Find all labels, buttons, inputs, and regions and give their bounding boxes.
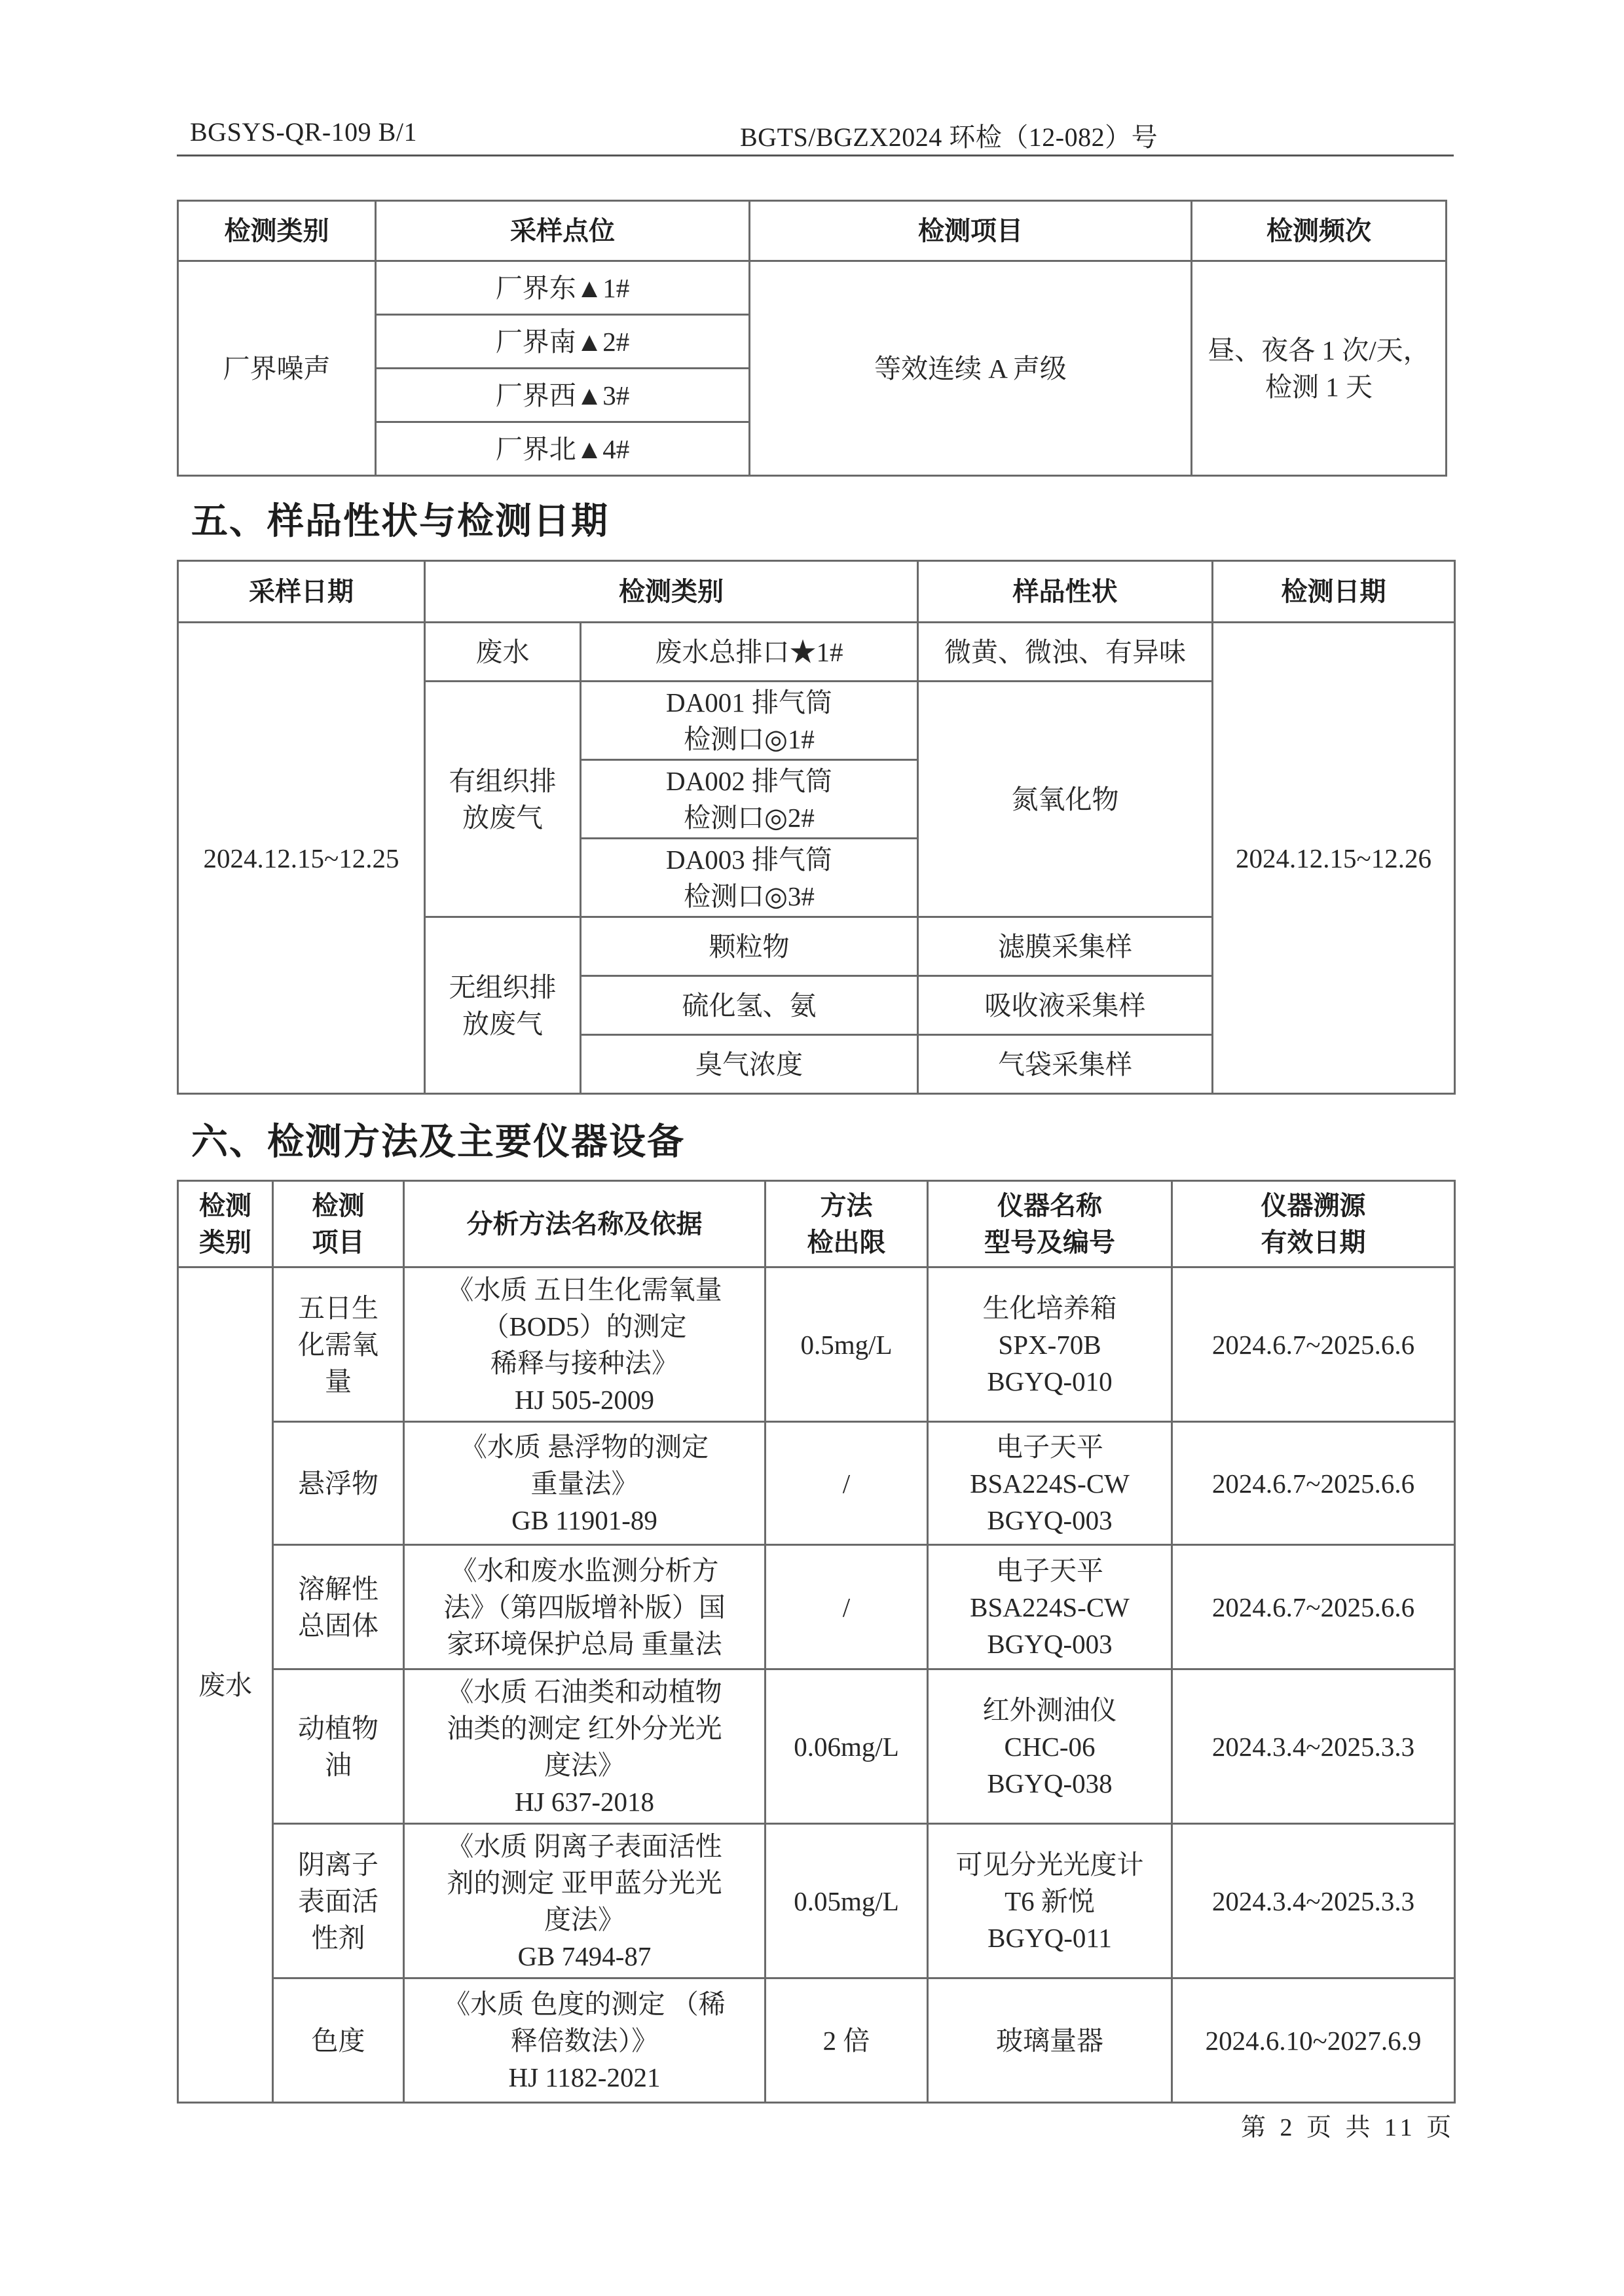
- detection-limit: 0.06mg/L: [766, 1669, 928, 1824]
- text-line: BGYQ-003: [932, 1502, 1167, 1539]
- analysis-method: 《水质 悬浮物的测定 重量法》 GB 11901-89: [404, 1422, 766, 1545]
- column-header: 检测类别: [178, 201, 376, 261]
- text-line: GB 7494-87: [409, 1938, 760, 1975]
- text-line: 红外测油仪: [932, 1692, 1167, 1728]
- section-title-methods: 六、检测方法及主要仪器设备: [191, 1113, 685, 1165]
- text-line: 五日生: [278, 1290, 399, 1326]
- instrument: 电子天平 BSA224S-CW BGYQ-003: [928, 1422, 1172, 1545]
- detection-limit: /: [766, 1422, 928, 1545]
- detection-limit: /: [766, 1545, 928, 1669]
- test-date: 2024.12.15~12.26: [1213, 623, 1455, 1094]
- column-header: 检测项目: [750, 201, 1192, 261]
- instrument: 生化培养箱 SPX-70B BGYQ-010: [928, 1267, 1172, 1422]
- category-line: 放废气: [430, 1006, 576, 1042]
- header-line: 型号及编号: [932, 1224, 1167, 1261]
- table-row: 色度 《水质 色度的测定 （稀 释倍数法）》 HJ 1182-2021 2 倍 …: [178, 1978, 1455, 2103]
- sampling-point: DA001 排气筒 检测口◎1#: [581, 682, 918, 760]
- test-item: 颗粒物: [581, 917, 918, 976]
- text-line: 法》（第四版增补版）国: [409, 1589, 760, 1626]
- detection-limit: 0.5mg/L: [766, 1267, 928, 1422]
- text-line: 《水质 阴离子表面活性: [409, 1828, 760, 1865]
- sampling-point: DA003 排气筒 检测口◎3#: [581, 839, 918, 917]
- frequency-line: 检测 1 天: [1196, 369, 1441, 405]
- noise-monitoring-table: 检测类别 采样点位 检测项目 检测频次 厂界噪声 厂界东▲1# 等效连续 A 声…: [177, 200, 1447, 477]
- column-header-limit: 方法 检出限: [766, 1181, 928, 1267]
- text-line: 《水质 色度的测定 （稀: [409, 1986, 760, 2022]
- text-line: BGYQ-003: [932, 1626, 1167, 1662]
- text-line: 《水和废水监测分析方: [409, 1552, 760, 1589]
- text-line: 重量法》: [409, 1465, 760, 1502]
- section-title-sample-status: 五、样品性状与检测日期: [191, 492, 609, 545]
- text-line: 生化培养箱: [932, 1290, 1167, 1326]
- text-line: SPX-70B: [932, 1326, 1167, 1363]
- text-line: 可见分光光度计: [932, 1846, 1167, 1883]
- text-line: 油: [278, 1747, 399, 1783]
- text-line: 释倍数法）》: [409, 2022, 760, 2059]
- sample-appearance: 吸收液采集样: [918, 976, 1213, 1035]
- page-number: 第 2 页 共 11 页: [1241, 2107, 1455, 2143]
- text-line: 电子天平: [932, 1429, 1167, 1465]
- text-line: 家环境保护总局 重量法: [409, 1626, 760, 1662]
- analysis-method: 《水和废水监测分析方 法》（第四版增补版）国 家环境保护总局 重量法: [404, 1545, 766, 1669]
- text-line: 玻璃量器: [932, 2022, 1167, 2059]
- instrument: 红外测油仪 CHC-06 BGYQ-038: [928, 1669, 1172, 1824]
- text-line: 《水质 五日生化需氧量: [409, 1271, 760, 1308]
- test-item: 臭气浓度: [581, 1035, 918, 1094]
- sampling-point: 厂界东▲1#: [376, 261, 750, 315]
- analysis-method: 《水质 石油类和动植物 油类的测定 红外分光光 度法》 HJ 637-2018: [404, 1669, 766, 1824]
- text-line: 《水质 悬浮物的测定: [409, 1429, 760, 1465]
- instrument: 玻璃量器: [928, 1978, 1172, 2103]
- text-line: 剂的测定 亚甲蓝分光光: [409, 1865, 760, 1901]
- header-rule: [177, 155, 1454, 156]
- form-code: BGSYS-QR-109 B/1: [190, 117, 417, 147]
- table-header-row: 检测 类别 检测 项目 分析方法名称及依据 方法 检出限 仪器名称 型号及编号 …: [178, 1181, 1455, 1267]
- test-item: 悬浮物: [273, 1422, 404, 1545]
- text-line: 总固体: [278, 1607, 399, 1644]
- analysis-method: 《水质 阴离子表面活性 剂的测定 亚甲蓝分光光 度法》 GB 7494-87: [404, 1824, 766, 1978]
- text-line: BSA224S-CW: [932, 1465, 1167, 1502]
- text-line: 悬浮物: [278, 1465, 399, 1502]
- sampling-point: 废水总排口★1#: [581, 623, 918, 682]
- test-item: 色度: [273, 1978, 404, 2103]
- header-line: 项目: [278, 1224, 399, 1261]
- noise-frequency: 昼、夜各 1 次/天， 检测 1 天: [1192, 261, 1447, 476]
- header-line: 检测: [183, 1188, 268, 1224]
- column-header-instrument: 仪器名称 型号及编号: [928, 1181, 1172, 1267]
- noise-category: 厂界噪声: [178, 261, 376, 476]
- text-line: 油类的测定 红外分光光: [409, 1710, 760, 1747]
- table-row: 2024.12.15~12.25 废水 废水总排口★1# 微黄、微浊、有异味 2…: [178, 623, 1455, 682]
- analysis-method: 《水质 色度的测定 （稀 释倍数法）》 HJ 1182-2021: [404, 1978, 766, 2103]
- text-line: CHC-06: [932, 1728, 1167, 1765]
- detection-limit: 0.05mg/L: [766, 1824, 928, 1978]
- category-line: 无组织排: [430, 969, 576, 1006]
- text-line: 电子天平: [932, 1552, 1167, 1589]
- text-line: BGYQ-011: [932, 1920, 1167, 1956]
- table-row: 厂界噪声 厂界东▲1# 等效连续 A 声级 昼、夜各 1 次/天， 检测 1 天: [178, 261, 1447, 315]
- point-line: DA002 排气筒: [585, 763, 913, 799]
- table-row: 动植物 油 《水质 石油类和动植物 油类的测定 红外分光光 度法》 HJ 637…: [178, 1669, 1455, 1824]
- test-item: 动植物 油: [273, 1669, 404, 1824]
- sampling-date: 2024.12.15~12.25: [178, 623, 425, 1094]
- sample-status-table: 采样日期 检测类别 样品性状 检测日期 2024.12.15~12.25 废水 …: [177, 560, 1456, 1095]
- text-line: GB 11901-89: [409, 1502, 760, 1539]
- table-row: 悬浮物 《水质 悬浮物的测定 重量法》 GB 11901-89 / 电子天平 B…: [178, 1422, 1455, 1545]
- category-line: 有组织排: [430, 763, 576, 799]
- text-line: 动植物: [278, 1710, 399, 1747]
- instrument: 可见分光光度计 T6 新悦 BGYQ-011: [928, 1824, 1172, 1978]
- text-line: 度法》: [409, 1747, 760, 1783]
- category-line: 放废气: [430, 799, 576, 836]
- category-wastewater: 废水: [425, 623, 581, 682]
- header-line: 检出限: [770, 1224, 923, 1261]
- text-line: BSA224S-CW: [932, 1589, 1167, 1626]
- column-header: 采样日期: [178, 561, 425, 623]
- sample-appearance: 滤膜采集样: [918, 917, 1213, 976]
- validity-date: 2024.6.7~2025.6.6: [1172, 1267, 1455, 1422]
- text-line: BGYQ-038: [932, 1765, 1167, 1802]
- table-row: 阴离子 表面活 性剂 《水质 阴离子表面活性 剂的测定 亚甲蓝分光光 度法》 G…: [178, 1824, 1455, 1978]
- text-line: 阴离子: [278, 1846, 399, 1883]
- test-item: 溶解性 总固体: [273, 1545, 404, 1669]
- category-wastewater: 废水: [178, 1267, 273, 2103]
- text-line: 《水质 石油类和动植物: [409, 1673, 760, 1710]
- sampling-point: 厂界南▲2#: [376, 315, 750, 369]
- validity-date: 2024.3.4~2025.3.3: [1172, 1824, 1455, 1978]
- text-line: 稀释与接种法》: [409, 1345, 760, 1381]
- text-line: HJ 1182-2021: [409, 2059, 760, 2096]
- detection-limit: 2 倍: [766, 1978, 928, 2103]
- analysis-method: 《水质 五日生化需氧量 （BOD5）的测定 稀释与接种法》 HJ 505-200…: [404, 1267, 766, 1422]
- instrument: 电子天平 BSA224S-CW BGYQ-003: [928, 1545, 1172, 1669]
- frequency-line: 昼、夜各 1 次/天，: [1196, 332, 1441, 369]
- text-line: HJ 637-2018: [409, 1783, 760, 1820]
- category-unorganized-emission: 无组织排 放废气: [425, 917, 581, 1094]
- header-line: 类别: [183, 1224, 268, 1261]
- header-line: 仪器溯源: [1177, 1188, 1450, 1224]
- column-header-validity: 仪器溯源 有效日期: [1172, 1181, 1455, 1267]
- text-line: 色度: [278, 2022, 399, 2059]
- column-header: 检测频次: [1192, 201, 1447, 261]
- sampling-point: DA002 排气筒 检测口◎2#: [581, 760, 918, 839]
- text-line: BGYQ-010: [932, 1363, 1167, 1400]
- noise-test-item: 等效连续 A 声级: [750, 261, 1192, 476]
- point-line: 检测口◎3#: [585, 878, 913, 915]
- validity-date: 2024.6.7~2025.6.6: [1172, 1545, 1455, 1669]
- header-line: 检测: [278, 1188, 399, 1224]
- header-line: 仪器名称: [932, 1188, 1167, 1224]
- point-line: DA001 排气筒: [585, 684, 913, 721]
- column-header: 检测类别: [425, 561, 918, 623]
- table-row: 溶解性 总固体 《水和废水监测分析方 法》（第四版增补版）国 家环境保护总局 重…: [178, 1545, 1455, 1669]
- test-item: 阴离子 表面活 性剂: [273, 1824, 404, 1978]
- column-header: 检测日期: [1213, 561, 1455, 623]
- text-line: 度法》: [409, 1901, 760, 1938]
- text-line: HJ 505-2009: [409, 1381, 760, 1418]
- validity-date: 2024.3.4~2025.3.3: [1172, 1669, 1455, 1824]
- table-header-row: 检测类别 采样点位 检测项目 检测频次: [178, 201, 1447, 261]
- table-header-row: 采样日期 检测类别 样品性状 检测日期: [178, 561, 1455, 623]
- text-line: 性剂: [278, 1920, 399, 1956]
- sampling-point: 厂界北▲4#: [376, 422, 750, 476]
- validity-date: 2024.6.10~2027.6.9: [1172, 1978, 1455, 2103]
- point-line: 检测口◎1#: [585, 721, 913, 757]
- text-line: 表面活: [278, 1883, 399, 1920]
- sample-appearance: 微黄、微浊、有异味: [918, 623, 1213, 682]
- point-line: 检测口◎2#: [585, 799, 913, 836]
- sample-appearance: 气袋采集样: [918, 1035, 1213, 1094]
- text-line: 溶解性: [278, 1571, 399, 1607]
- header-line: 有效日期: [1177, 1224, 1450, 1261]
- test-item: 硫化氢、氨: [581, 976, 918, 1035]
- table-row: 废水 五日生 化需氧 量 《水质 五日生化需氧量 （BOD5）的测定 稀释与接种…: [178, 1267, 1455, 1422]
- header-line: 方法: [770, 1188, 923, 1224]
- text-line: 量: [278, 1363, 399, 1400]
- column-header: 采样点位: [376, 201, 750, 261]
- column-header: 样品性状: [918, 561, 1213, 623]
- column-header-method: 分析方法名称及依据: [404, 1181, 766, 1267]
- column-header-item: 检测 项目: [273, 1181, 404, 1267]
- category-organized-emission: 有组织排 放废气: [425, 682, 581, 917]
- validity-date: 2024.6.7~2025.6.6: [1172, 1422, 1455, 1545]
- test-item: 五日生 化需氧 量: [273, 1267, 404, 1422]
- methods-instruments-table: 检测 类别 检测 项目 分析方法名称及依据 方法 检出限 仪器名称 型号及编号 …: [177, 1180, 1456, 2104]
- sample-appearance: 氮氧化物: [918, 682, 1213, 917]
- point-line: DA003 排气筒: [585, 841, 913, 878]
- text-line: （BOD5）的测定: [409, 1308, 760, 1345]
- text-line: 化需氧: [278, 1326, 399, 1363]
- column-header-category: 检测 类别: [178, 1181, 273, 1267]
- text-line: T6 新悦: [932, 1883, 1167, 1920]
- report-number: BGTS/BGZX2024 环检（12-082）号: [740, 117, 1158, 154]
- sampling-point: 厂界西▲3#: [376, 369, 750, 422]
